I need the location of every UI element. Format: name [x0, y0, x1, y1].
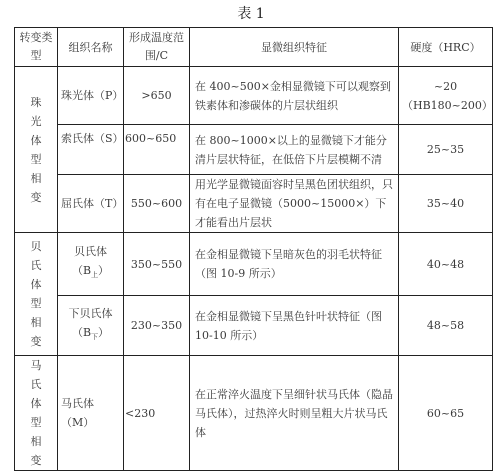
table-row: 马氏体型相变 马氏体（M） <230 在正常淬火温度下呈细针状马氏体（隐晶马氏体… — [15, 356, 493, 471]
name-text: 贝氏体 — [61, 242, 120, 261]
table-row: 下贝氏体 （B下） 230~350 在金相显微镜下呈黑色针叶状特征（图 10-1… — [15, 296, 493, 356]
cell-hardness: 48~58 — [399, 296, 493, 356]
cell-micro: 在正常淬火温度下呈细针状马氏体（隐晶马氏体），过热淬火时则呈粗大片状马氏体 — [190, 356, 399, 471]
cell-micro: 在金相显微镜下呈黑色针叶状特征（图 10-10 所示） — [190, 296, 399, 356]
hardness-value: ~20 — [402, 77, 489, 96]
cell-name: 下贝氏体 （B下） — [58, 296, 124, 356]
cell-micro: 在 800~1000×以上的显微镜下才能分清片层状特征，在低倍下片层模糊不清 — [190, 125, 399, 175]
cell-temp: 550~600 — [124, 175, 190, 233]
cell-hardness: 40~48 — [399, 233, 493, 296]
cell-hardness: 25~35 — [399, 125, 493, 175]
hardness-note: （HB180~200） — [402, 96, 489, 115]
cell-hardness: 35~40 — [399, 175, 493, 233]
cell-temp: 350~550 — [124, 233, 190, 296]
group-type-pearlite: 珠光体型相变 — [15, 67, 58, 233]
header-type: 转变类型 — [15, 28, 58, 67]
table-row: 索氏体（S） 600~650 在 800~1000×以上的显微镜下才能分清片层状… — [15, 125, 493, 175]
header-name: 组织名称 — [58, 28, 124, 67]
cell-name: 屈氏体（T） — [58, 175, 124, 233]
table-row: 屈氏体（T） 550~600 用光学显微镜面容时呈黑色团状组织，只有在电子显微镜… — [15, 175, 493, 233]
table-row: 贝氏体型相变 贝氏体 （B上） 350~550 在金相显微镜下呈暗灰色的羽毛状特… — [15, 233, 493, 296]
name-text: 下贝氏体 — [61, 304, 120, 323]
header-temp: 形成温度范围/C — [124, 28, 190, 67]
cell-hardness: ~20 （HB180~200） — [399, 67, 493, 125]
cell-name: 贝氏体 （B上） — [58, 233, 124, 296]
phase-transformation-table: 转变类型 组织名称 形成温度范围/C 显微组织特征 硬度（HRC） 珠光体型相变… — [14, 27, 493, 471]
cell-name: 索氏体（S） — [58, 125, 124, 175]
name-symbol: （B上） — [61, 261, 120, 285]
name-symbol: （B下） — [61, 323, 120, 347]
cell-micro: 用光学显微镜面容时呈黑色团状组织，只有在电子显微镜（5000~15000×）下才… — [190, 175, 399, 233]
cell-temp: <230 — [124, 356, 190, 471]
cell-micro: 在金相显微镜下呈暗灰色的羽毛状特征（图 10-9 所示） — [190, 233, 399, 296]
cell-micro: 在 400~500×金相显微镜下可以观察到铁素体和渗碳体的片层状组织 — [190, 67, 399, 125]
header-hardness: 硬度（HRC） — [399, 28, 493, 67]
group-type-bainite: 贝氏体型相变 — [15, 233, 58, 356]
cell-temp: 600~650 — [124, 125, 190, 175]
table-row: 珠光体型相变 珠光体（P） >650 在 400~500×金相显微镜下可以观察到… — [15, 67, 493, 125]
cell-hardness: 60~65 — [399, 356, 493, 471]
header-row: 转变类型 组织名称 形成温度范围/C 显微组织特征 硬度（HRC） — [15, 28, 493, 67]
cell-name: 马氏体（M） — [58, 356, 124, 471]
table-caption: 表 1 — [0, 4, 502, 24]
cell-name: 珠光体（P） — [58, 67, 124, 125]
cell-temp: 230~350 — [124, 296, 190, 356]
header-micro: 显微组织特征 — [190, 28, 399, 67]
group-type-martensite: 马氏体型相变 — [15, 356, 58, 471]
cell-temp: >650 — [124, 67, 190, 125]
